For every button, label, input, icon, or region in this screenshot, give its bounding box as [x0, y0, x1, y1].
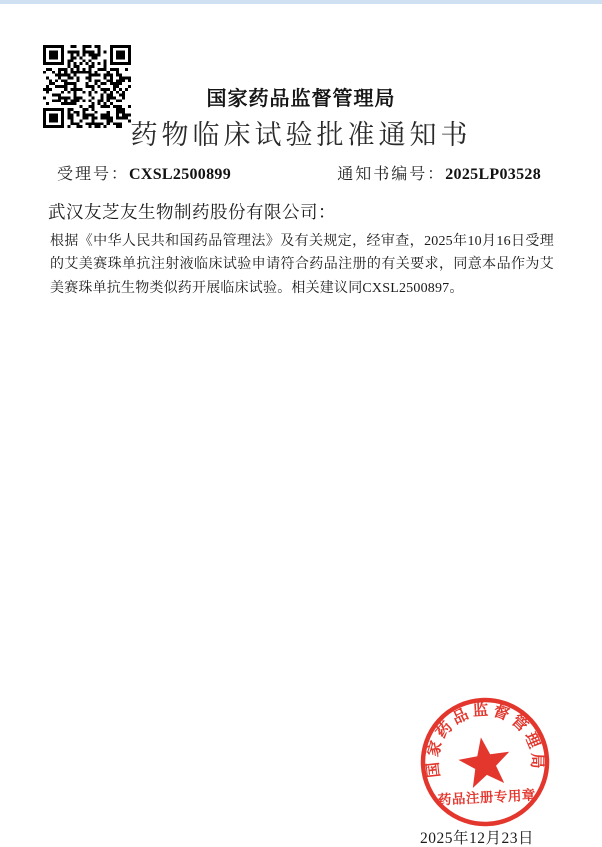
acceptance-number-label: 受理号：: [57, 166, 129, 183]
acceptance-number-value: CXSL2500899: [129, 166, 231, 183]
top-edge-strip: [0, 0, 602, 4]
seal-star-icon: [455, 733, 513, 789]
recipient-company: 武汉友芝友生物制药股份有限公司：: [48, 199, 568, 224]
notice-number-label: 通知书编号：: [337, 166, 445, 183]
acceptance-number: 受理号：CXSL2500899: [57, 161, 231, 184]
body-paragraph: 根据《中华人民共和国药品管理法》及有关规定，经审查，2025年10月16日受理的…: [50, 230, 554, 300]
reference-row: 受理号：CXSL2500899 通知书编号：2025LP03528: [57, 161, 541, 184]
notice-number-value: 2025LP03528: [445, 166, 541, 183]
notice-number: 通知书编号：2025LP03528: [337, 161, 541, 184]
approval-notice-page: 国家药品监督管理局 药物临床试验批准通知书 受理号：CXSL2500899 通知…: [0, 0, 602, 847]
seal-caption: 药品注册专用章: [437, 786, 536, 807]
document-title: 药物临床试验批准通知书: [0, 113, 602, 152]
official-seal: 国家药品监督管理局 药品注册专用章: [409, 686, 560, 837]
agency-title: 国家药品监督管理局: [0, 82, 602, 111]
issue-date: 2025年12月23日: [420, 826, 534, 847]
